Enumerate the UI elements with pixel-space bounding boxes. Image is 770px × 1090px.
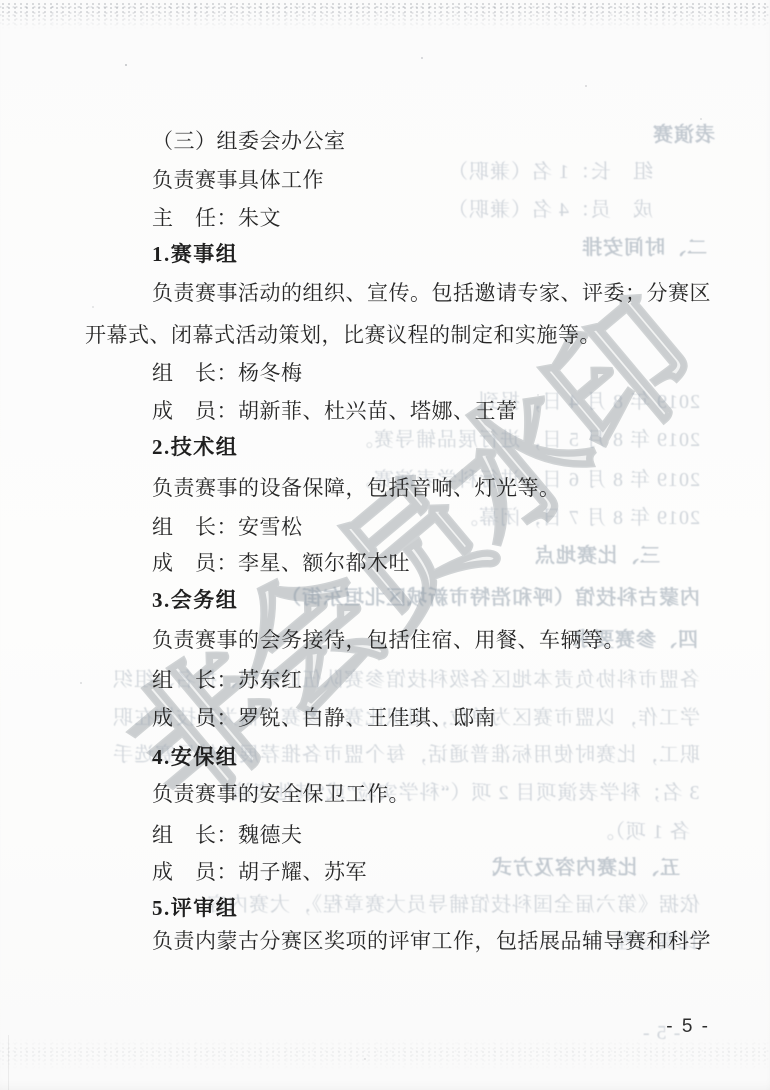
text-line: 组 长：杨冬梅 [152, 354, 303, 392]
text-line: 成 员：罗锐、白静、王佳琪、邸南 [152, 699, 496, 737]
text-line: （三）组委会办公室 [152, 122, 346, 160]
text-line: 4.安保组 [152, 738, 238, 776]
page-number: - 5 - [666, 1014, 710, 1040]
text-line: 负责赛事的设备保障，包括音响、灯光等。 [152, 469, 561, 507]
text-line: 负责内蒙古分赛区奖项的评审工作，包括展品辅导赛和科学 [152, 922, 711, 960]
text-line: 组 长：安雪松 [152, 508, 303, 546]
text-line: 负责赛事具体工作 [152, 161, 324, 199]
text-line: 组 长：苏东红 [152, 661, 303, 699]
text-line: 成 员：胡新菲、杜兴苗、塔娜、王蕾 [152, 392, 518, 430]
text-line: 开幕式、闭幕式活动策划，比赛议程的制定和实施等。 [85, 316, 601, 354]
text-line: 1.赛事组 [152, 235, 238, 273]
text-line: 负责赛事活动的组织、宣传。包括邀请专家、评委；分赛区 [152, 274, 711, 312]
text-line: 成 员：李星、额尔都木吐 [152, 544, 410, 582]
text-line: 2.技术组 [152, 428, 238, 466]
document-body: （三）组委会办公室 负责赛事具体工作 主 任：朱文 1.赛事组 负责赛事活动的组… [0, 0, 770, 1090]
text-line: 负责赛事的安全保卫工作。 [152, 775, 410, 813]
text-line: 主 任：朱文 [152, 199, 281, 237]
text-line: 3.会务组 [152, 581, 238, 619]
text-line: 成 员：胡子耀、苏军 [152, 853, 367, 891]
text-line: 组 长：魏德夫 [152, 816, 303, 854]
document-page: 非会员水印 表演赛 组 长：1 名（兼职） 成 员：4 名（兼职） 二、时间安排… [0, 0, 770, 1090]
text-line: 负责赛事的会务接待，包括住宿、用餐、车辆等。 [152, 621, 625, 659]
